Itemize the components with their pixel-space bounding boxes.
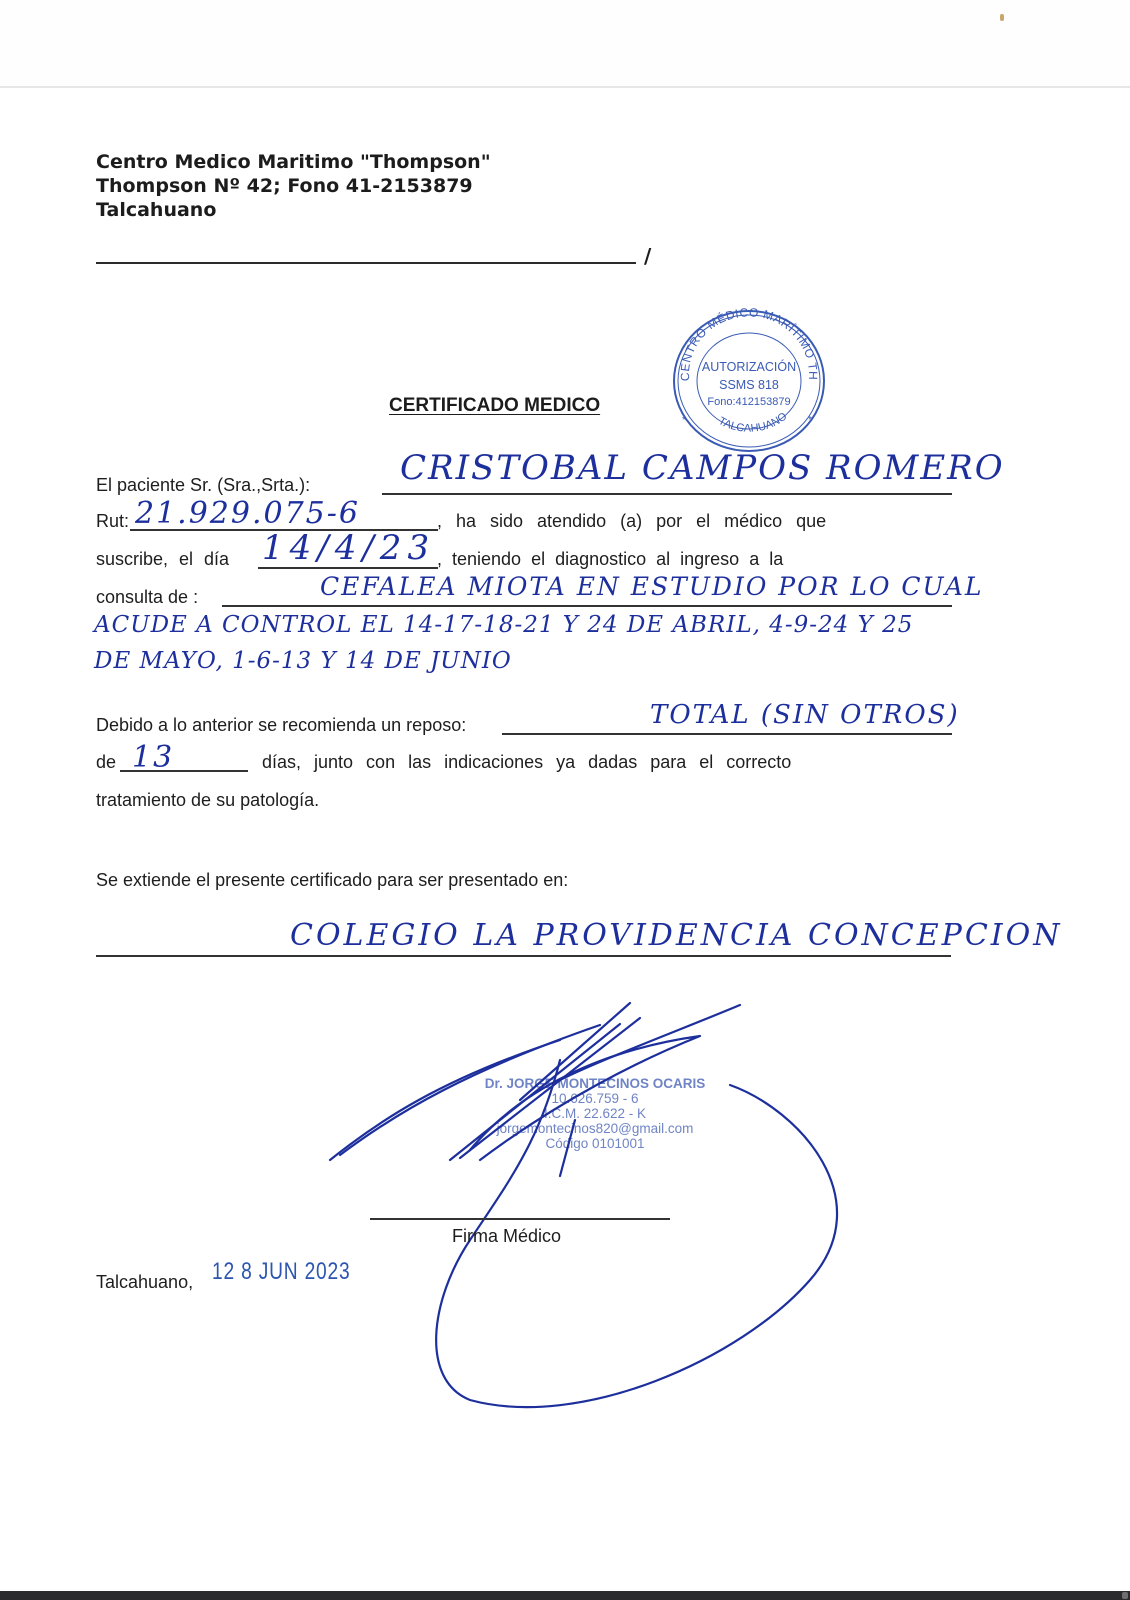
date-handwritten: 14/4/23 (262, 528, 435, 568)
letterhead: Centro Medico Maritimo "Thompson" Thomps… (96, 150, 491, 222)
diagnosis-label: consulta de : (96, 587, 198, 608)
diagnosis-line2: ACUDE A CONTROL EL 14-17-18-21 Y 24 DE A… (94, 612, 913, 638)
signature-label: Firma Médico (452, 1226, 561, 1247)
date-suffix: , teniendo el diagnostico al ingreso a l… (437, 549, 783, 570)
doctor-stamp: Dr. JORGE MONTECINOS OCARIS 10.626.759 -… (470, 1076, 720, 1151)
diagnosis-line3: DE MAYO, 1-6-13 Y 14 DE JUNIO (94, 648, 512, 674)
rest-blank (502, 733, 952, 735)
doctor-rut: 10.626.759 - 6 (470, 1091, 720, 1106)
signature-rule (370, 1218, 670, 1220)
presented-blank (96, 955, 951, 957)
rest-handwritten: TOTAL (SIN OTROS) (650, 700, 960, 730)
date-label: suscribe, el día (96, 549, 229, 570)
doctor-email: jorgemontecinos820@gmail.com (470, 1121, 720, 1136)
clinic-address: Thompson Nº 42; Fono 41-2153879 (96, 174, 491, 198)
viewer-scrollbar[interactable] (0, 1591, 1130, 1600)
seal-line1: AUTORIZACIÓN (702, 359, 796, 374)
letterhead-slash: / (644, 244, 651, 268)
page-edge (0, 86, 1130, 88)
place-label: Talcahuano, (96, 1272, 193, 1293)
seal-line2: SSMS 818 (719, 378, 779, 392)
svg-text:*: * (682, 415, 686, 426)
days-suffix: días, junto con las indicaciones ya dada… (262, 752, 791, 773)
seal-bottom-text: TALCAHUANO (716, 410, 789, 435)
letterhead-rule (96, 262, 636, 264)
diagnosis-line1: CEFALEA MIOTA EN ESTUDIO POR LO CUAL (320, 572, 984, 601)
clinic-name: Centro Medico Maritimo "Thompson" (96, 150, 491, 174)
seal-line3: Fono:412153879 (707, 396, 790, 408)
clinic-seal: CENTRO MÉDICO MARÍTIMO THOMPSON TALCAHUA… (668, 305, 830, 455)
doctor-name: Dr. JORGE MONTECINOS OCARIS (470, 1076, 720, 1091)
days-prefix: de (96, 752, 116, 773)
presented-label: Se extiende el presente certificado para… (96, 870, 568, 891)
treatment-text: tratamiento de su patología. (96, 790, 319, 811)
document-title: CERTIFICADO MEDICO (389, 395, 600, 417)
presented-handwritten: COLEGIO LA PROVIDENCIA CONCEPCION (290, 918, 1063, 953)
patient-name-handwritten: CRISTOBAL CAMPOS ROMERO (400, 448, 1005, 488)
page-top-margin (0, 0, 1130, 86)
svg-text:TALCAHUANO: TALCAHUANO (716, 410, 789, 435)
rut-handwritten: 21.929.075-6 (135, 496, 360, 531)
rut-label: Rut: (96, 511, 129, 532)
diagnosis-blank (222, 605, 952, 607)
clinic-city: Talcahuano (96, 198, 491, 222)
scan-speck (1000, 14, 1004, 21)
rut-suffix: , ha sido atendido (a) por el médico que (437, 511, 826, 532)
svg-text:*: * (808, 415, 812, 426)
doctor-icm: I.C.M. 22.622 - K (470, 1106, 720, 1121)
scrollbar-thumb[interactable] (1122, 1592, 1128, 1599)
doctor-code: Código 0101001 (470, 1136, 720, 1151)
patient-blank (382, 493, 952, 495)
rest-label: Debido a lo anterior se recomienda un re… (96, 715, 466, 736)
patient-label: El paciente Sr. (Sra.,Srta.): (96, 475, 310, 496)
date-stamp: 12 8 JUN 2023 (212, 1258, 350, 1286)
days-handwritten: 13 (132, 740, 174, 775)
